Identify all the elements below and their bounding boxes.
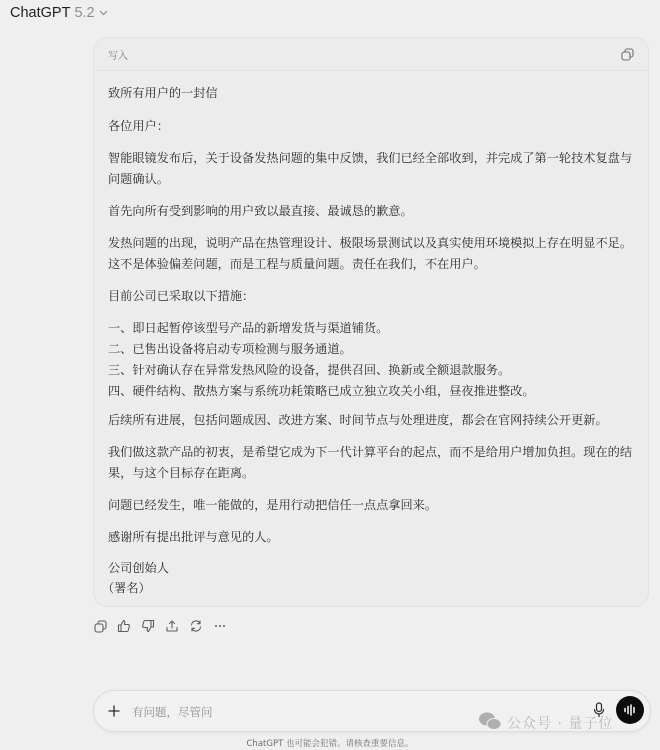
measure-item: 三、针对确认存在异常发热风险的设备，提供召回、换新或全额退款服务。 [108,360,634,381]
paragraph: 目前公司已采取以下措施： [108,286,634,307]
canvas-label: 写入 [108,47,128,62]
measure-item: 一、即日起暂停该型号产品的新增发货与渠道铺货。 [108,318,634,339]
disclaimer: ChatGPT 也可能会犯错。请核查重要信息。 [0,737,660,749]
canvas-card: 写入 致所有用户的一封信 各位用户： 智能眼镜发布后，关于设备发热问题的集中反馈… [93,37,649,607]
canvas-header: 写入 [94,38,648,71]
thumbs-up-icon[interactable] [116,618,132,634]
composer [93,690,651,732]
paragraph: 智能眼镜发布后，关于设备发热问题的集中反馈，我们已经全部收到，并完成了第一轮技术… [108,148,634,190]
share-icon[interactable] [164,618,180,634]
refresh-icon[interactable] [188,618,204,634]
paragraph: 我们做这款产品的初衷，是希望它成为下一代计算平台的起点，而不是给用户增加负担。现… [108,442,634,484]
top-bar: ChatGPT 5.2 [0,0,660,26]
voice-mode-icon[interactable] [616,696,644,724]
paragraph: 后续所有进展，包括问题成因、改进方案、时间节点与处理进度，都会在官网持续公开更新… [108,410,634,431]
model-switcher[interactable]: ChatGPT 5.2 [10,5,109,21]
model-version: 5.2 [74,5,94,21]
plus-icon[interactable] [106,703,122,719]
copy-icon[interactable] [92,618,108,634]
paragraph: 感谢所有提出批评与意见的人。 [108,527,634,548]
chevron-down-icon [99,8,109,18]
microphone-icon[interactable] [592,701,606,719]
measure-item: 二、已售出设备将启动专项检测与服务通道。 [108,339,634,360]
signature-role: 公司创始人 [108,558,634,579]
message-input[interactable] [130,699,574,725]
letter-title: 致所有用户的一封信 [108,83,218,104]
paragraph: 发热问题的出现，说明产品在热管理设计、极限场景测试以及真实使用环境模拟上存在明显… [108,233,634,275]
more-icon[interactable] [212,618,228,634]
measure-item: 四、硬件结构、散热方案与系统功耗策略已成立独立攻关小组，昼夜推进整改。 [108,381,634,402]
signature-name: （署名） [102,578,628,599]
letter-greeting: 各位用户： [108,116,169,137]
thumbs-down-icon[interactable] [140,618,156,634]
model-name: ChatGPT [10,5,70,21]
copy-icon[interactable] [619,46,635,62]
message-actions [92,618,228,634]
paragraph: 问题已经发生，唯一能做的，是用行动把信任一点点拿回来。 [108,495,634,516]
paragraph: 首先向所有受到影响的用户致以最直接、最诚恳的歉意。 [108,201,634,222]
